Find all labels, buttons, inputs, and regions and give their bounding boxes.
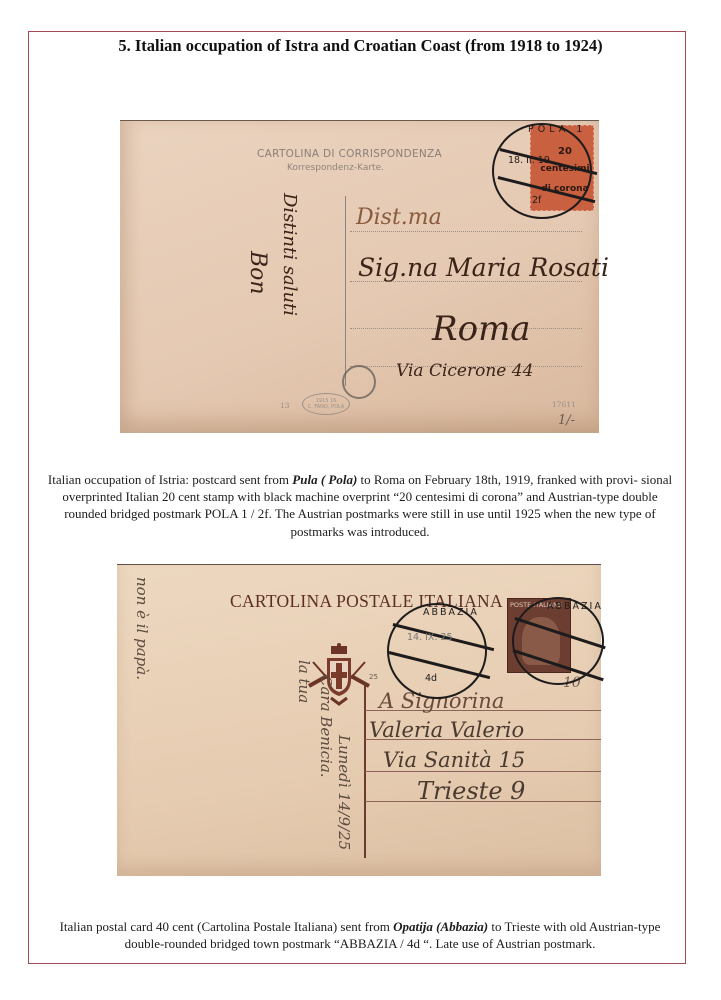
handwritten-message: Distinti saluti: [279, 193, 300, 316]
postcard-pola: CARTOLINA DI CORRISPONDENZA Korresponden…: [120, 120, 599, 433]
handwritten-street: Via Cicerone 44: [396, 361, 533, 381]
pencil-note: 1/-: [558, 413, 575, 428]
handwritten-street: Via Sanità 15: [383, 748, 525, 772]
faint-postmark: [342, 365, 376, 399]
handwritten-city: Trieste 9: [417, 777, 525, 805]
handwritten-date: Lunedì 14/9/25: [335, 735, 353, 850]
handwritten-message: Cara Benicia.: [317, 675, 335, 778]
handwritten-city: Roma: [432, 309, 531, 349]
handwritten-message: non è il papà.: [133, 577, 151, 680]
card-divider: [345, 196, 346, 386]
address-line: [350, 231, 582, 232]
handwritten-recipient: Valeria Valerio: [369, 718, 524, 742]
caption-abbazia: Italian postal card 40 cent (Cartolina P…: [44, 918, 676, 952]
postmark-pola: [492, 123, 592, 219]
card-divider: [364, 682, 366, 858]
caption-pola: Italian occupation of Istria: postcard s…: [44, 471, 676, 540]
handwritten-message: la tua: [295, 660, 313, 703]
handwritten-salutation: Dist.ma: [356, 205, 442, 230]
handwritten-signature: Bon: [245, 251, 270, 295]
postcard-abbazia: CARTOLINA POSTALE ITALIANA 25 A Signorin…: [117, 564, 601, 876]
card-header: CARTOLINA DI CORRISPONDENZA: [257, 148, 442, 160]
card-subheader: Korrespondenz-Karte.: [287, 163, 384, 173]
printer-oval-stamp: 1915 16 C. FANO, POLA: [302, 393, 350, 415]
page-title: 5. Italian occupation of Istra and Croat…: [0, 36, 721, 56]
handwritten-recipient: Sig.na Maria Rosati: [358, 253, 609, 282]
